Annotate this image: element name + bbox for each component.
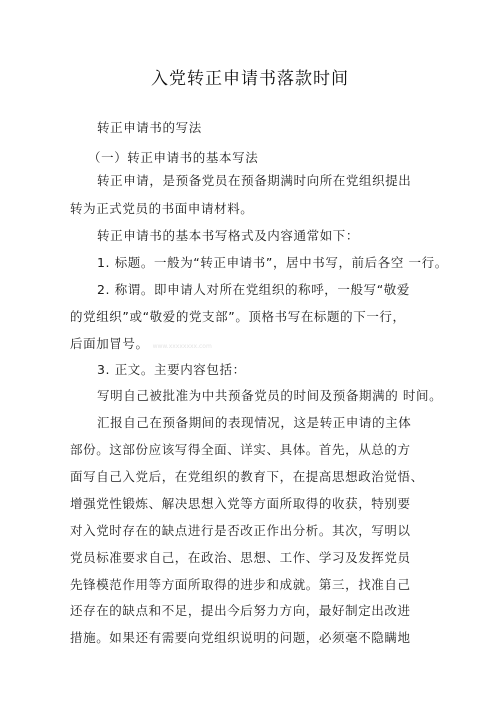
paragraph-line: 还存在的缺点和不足，提出今后努力方向，最好制定出改进 bbox=[70, 601, 411, 619]
paragraph-text: 后面加冒号。 bbox=[70, 336, 149, 351]
paragraph-line: 转正申请，是预备党员在预备期满时向所在党组织提出 bbox=[97, 171, 411, 189]
paragraph-line: 党员标准要求自己，在政治、思想、工作、学习及发挥党员 bbox=[70, 548, 411, 566]
paragraph-line: 部份。这部份应该写得全面、详实、具体。首先，从总的方 bbox=[70, 440, 411, 458]
paragraph-line: 转正申请书的基本书写格式及内容通常如下： bbox=[97, 226, 359, 244]
list-item-salutation: 2. 称谓。即申请人对所在党组织的称呼，一般写“敬爱 bbox=[97, 280, 410, 298]
paragraph-line: 转为正式党员的书面申请材料。 bbox=[70, 199, 253, 217]
paragraph-line: 汇报自己在预备期间的表现情况，这是转正申请的主体 bbox=[97, 413, 411, 431]
document-title: 入党转正申请书落款时间 bbox=[0, 64, 500, 89]
paragraph-line: 措施。如果还有需要向党组织说明的问题，必须毫不隐瞒地 bbox=[70, 628, 411, 646]
section-heading: 转正申请书的写法 bbox=[97, 118, 202, 136]
document-page: 入党转正申请书落款时间 转正申请书的写法 （一）转正申请书的基本写法 转正申请，… bbox=[0, 0, 500, 708]
watermark: www.xxxxxxxx.com bbox=[153, 343, 212, 350]
paragraph-line: 对入党时存在的缺点进行是否改正作出分析。其次，写明以 bbox=[70, 521, 411, 539]
paragraph-line: 面写自己入党后，在党组织的教育下，在提高思想政治觉悟、 bbox=[70, 467, 424, 485]
list-item-body: 3. 正文。主要内容包括： bbox=[97, 360, 246, 378]
list-item-title: 1. 标题。一般为“转正申请书”，居中书写，前后各空 一行。 bbox=[97, 253, 448, 271]
subsection-heading: （一）转正申请书的基本写法 bbox=[88, 148, 258, 166]
paragraph-line: 增强党性锻炼、解决思想入党等方面所取得的收获，特别要 bbox=[70, 494, 411, 512]
paragraph-line: 的党组织”或“敬爱的党支部”。顶格书写在标题的下一行， bbox=[70, 307, 406, 325]
paragraph-line: 后面加冒号。www.xxxxxxxx.com bbox=[70, 334, 212, 352]
paragraph-line: 写明自己被批准为中共预备党员的时间及预备期满的 时间。 bbox=[97, 386, 442, 404]
paragraph-line: 先锋模范作用等方面所取得的进步和成就。第三，找准自己 bbox=[70, 575, 411, 593]
